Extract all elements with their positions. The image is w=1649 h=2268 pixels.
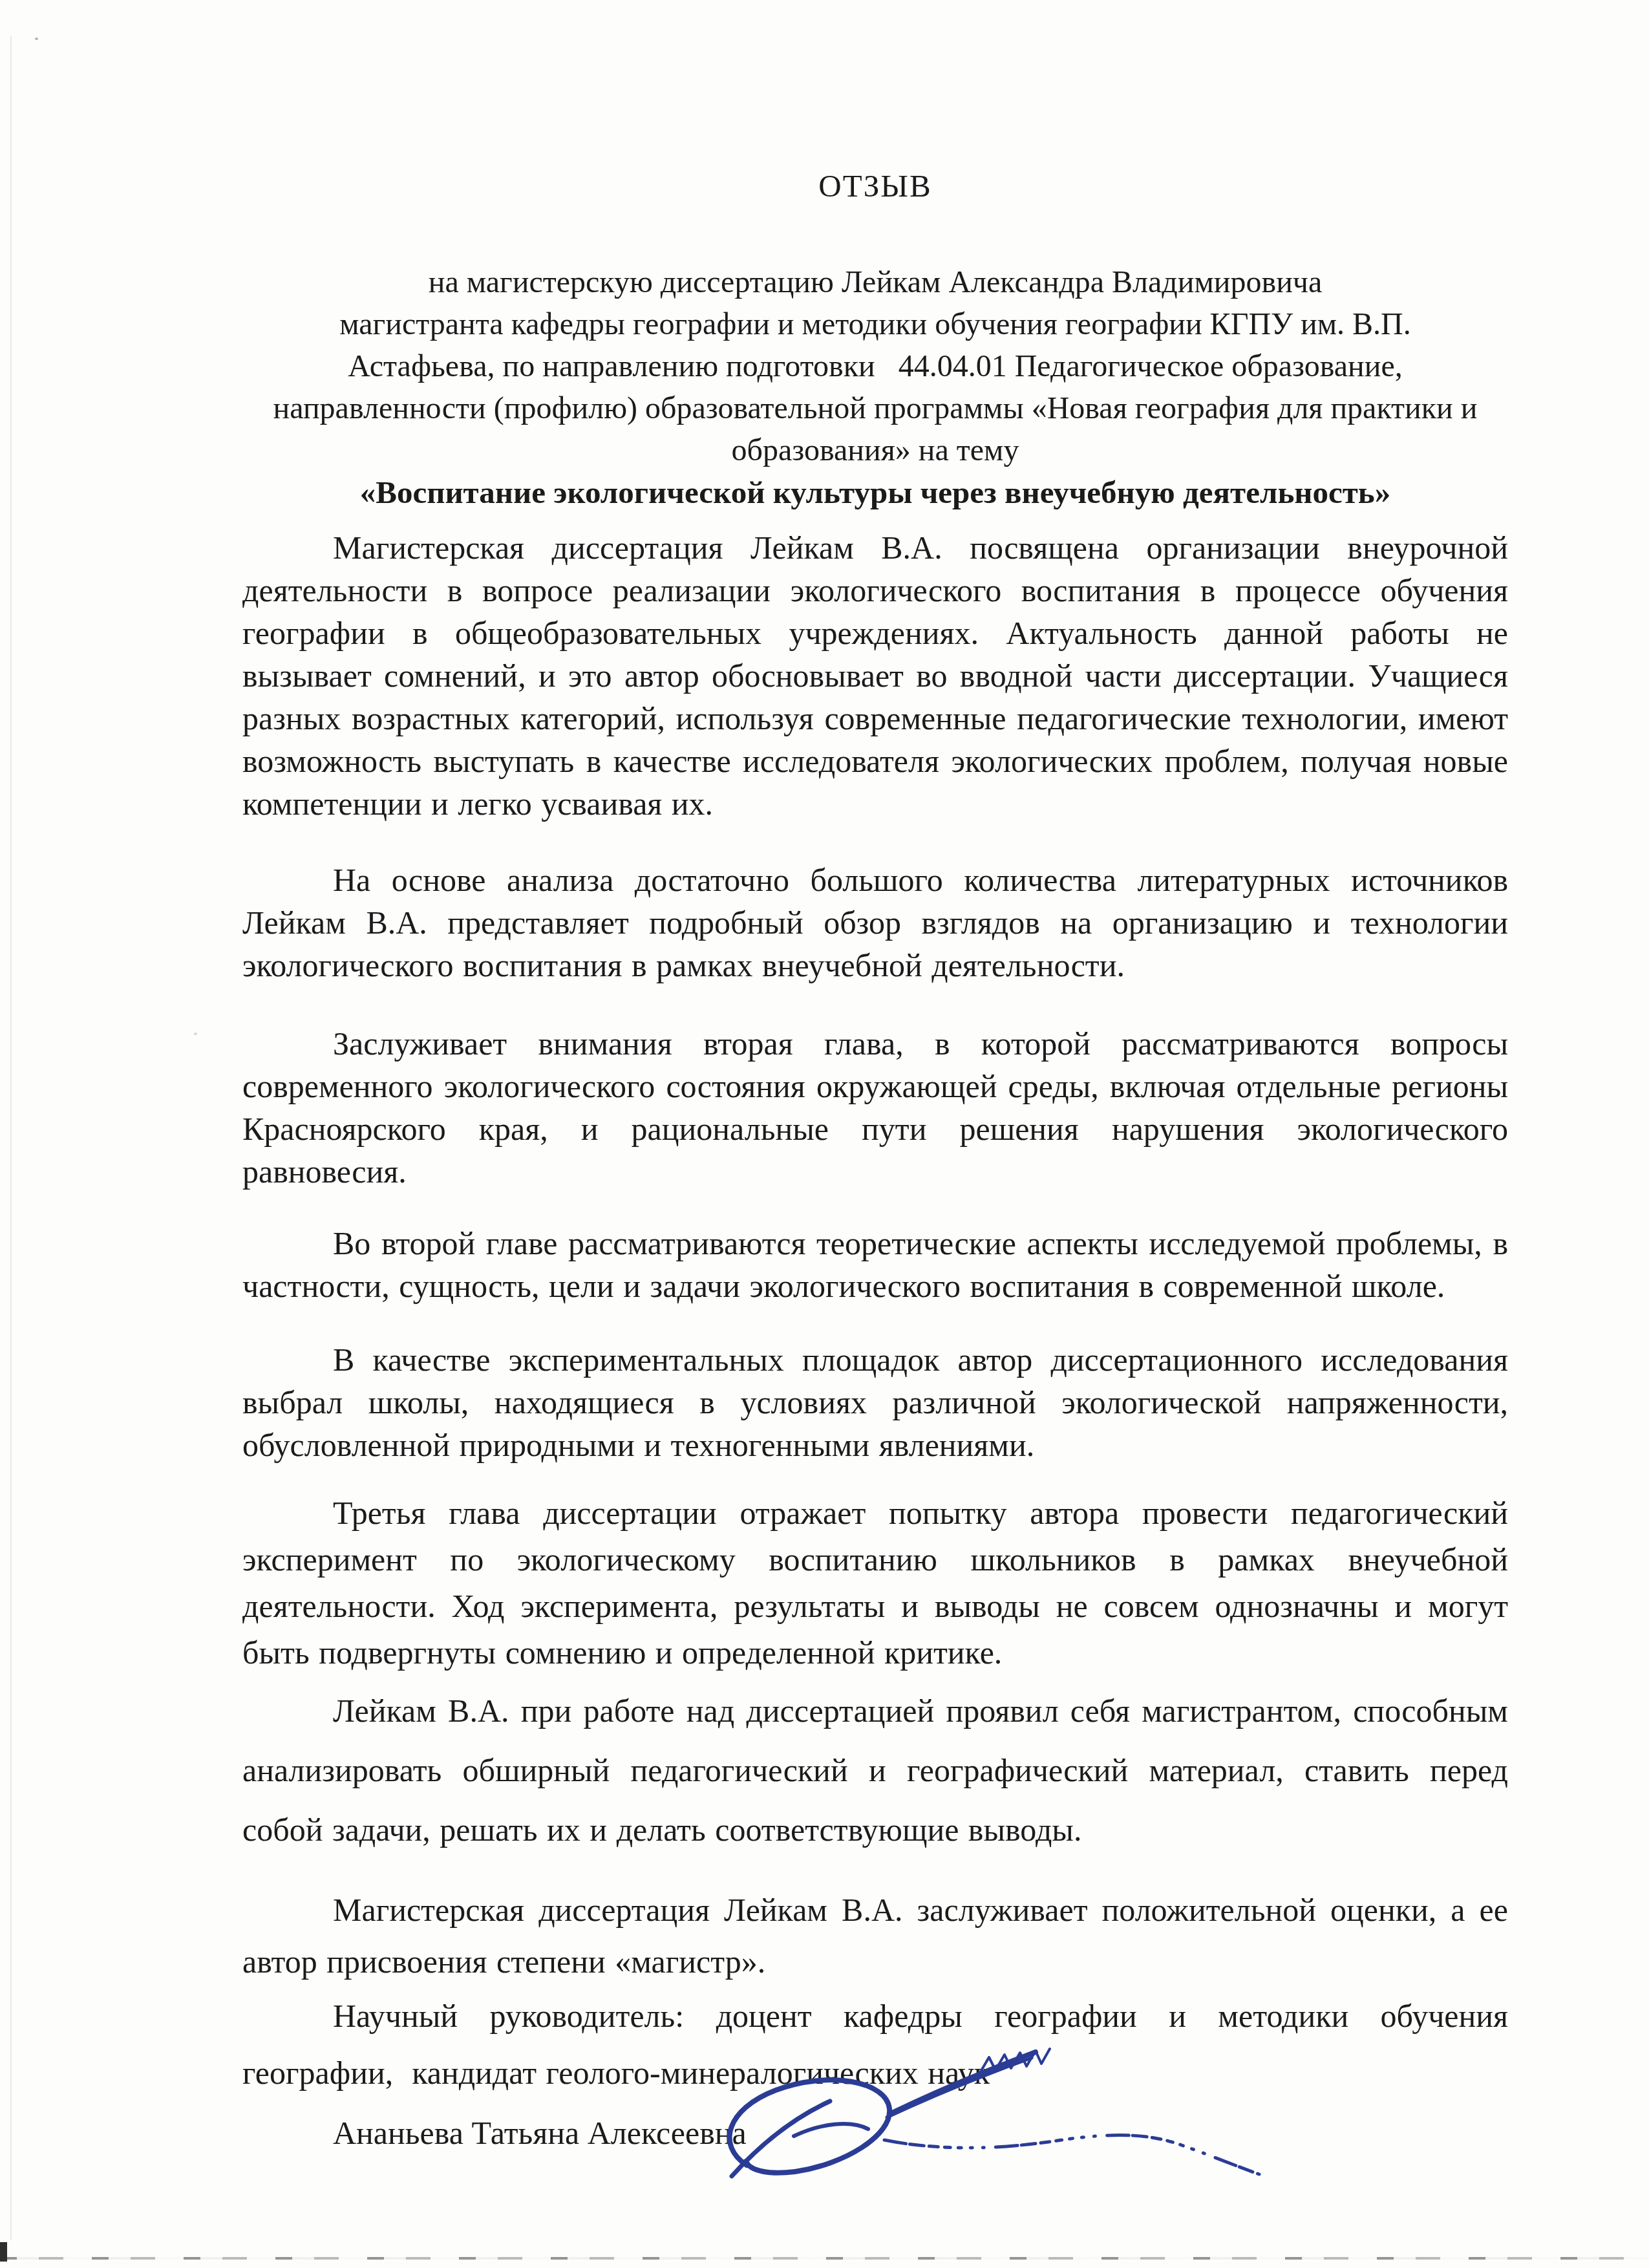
scan-artifact-speck — [194, 1032, 197, 1035]
scan-artifact-left-edge — [10, 36, 12, 2240]
paragraph-8: Магистерская диссертация Лейкам В.А. зас… — [242, 1884, 1508, 1987]
scanned-review-page: ОТЗЫВ на магистерскую диссертацию Лейкам… — [0, 0, 1649, 2268]
header-line-5: образования» на тему — [242, 429, 1508, 471]
supervisor-paragraph: Научный руководитель: доцент кафедры гео… — [242, 1987, 1508, 2101]
header-line-3: Астафьева, по направлению подготовки 44.… — [242, 345, 1508, 387]
paragraph-4: Во второй главе рассматриваются теоретич… — [242, 1222, 1508, 1307]
dissertation-topic-title: «Воспитание экологической культуры через… — [242, 471, 1508, 513]
paragraph-1: Магистерская диссертация Лейкам В.А. пос… — [242, 526, 1508, 825]
scan-artifact-speck — [35, 37, 38, 40]
scan-artifact-bottom-edge — [0, 2257, 1649, 2260]
signature-name: Ананьева Татьяна Алексеевна — [242, 2110, 1508, 2156]
document-content: ОТЗЫВ на магистерскую диссертацию Лейкам… — [242, 0, 1508, 2156]
paragraph-2: На основе анализа достаточно большого ко… — [242, 859, 1508, 987]
header-line-1: на магистерскую диссертацию Лейкам Алекс… — [242, 261, 1508, 303]
paragraph-5: В качестве экспериментальных площадок ав… — [242, 1338, 1508, 1466]
document-header: на магистерскую диссертацию Лейкам Алекс… — [242, 261, 1508, 513]
header-line-4: направленности (профилю) образовательной… — [242, 387, 1508, 429]
scan-artifact-corner — [0, 2242, 7, 2262]
document-title: ОТЗЫВ — [242, 167, 1508, 206]
paragraph-3: Заслуживает внимания вторая глава, в кот… — [242, 1022, 1508, 1193]
paragraph-7: Лейкам В.А. при работе над диссертацией … — [242, 1681, 1508, 1859]
paragraph-6: Третья глава диссертации отражает попытк… — [242, 1490, 1508, 1676]
header-line-2: магистранта кафедры географии и методики… — [242, 303, 1508, 345]
